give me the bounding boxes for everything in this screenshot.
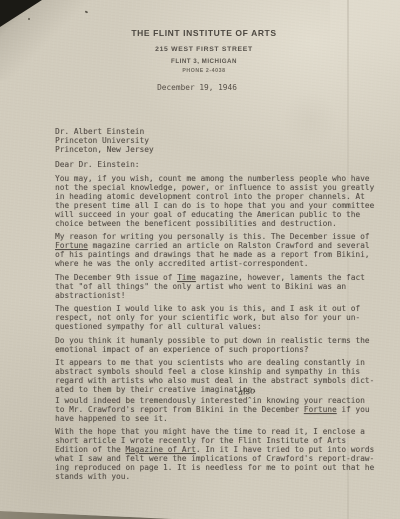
- letter-line: will succeed in your goal of educating t…: [55, 210, 385, 219]
- letter-line: stands with you.: [55, 472, 385, 481]
- date-line: December 19, 1946: [1, 83, 393, 92]
- recipient-line: Princeton, New Jersey: [55, 145, 385, 154]
- letterhead-organization: THE FLINT INSTITUTE OF ARTS: [8, 28, 400, 38]
- letter-line: emotional impact of an experience of suc…: [55, 345, 385, 354]
- letter-line: You may, if you wish, count me among the…: [55, 174, 385, 183]
- paragraph: Do you think it humanly possible to put …: [55, 336, 385, 354]
- ink-speck: [28, 18, 30, 20]
- letter-line: The question I would like to ask you is …: [55, 304, 385, 313]
- letter-line: where he was the only accredited artist-…: [55, 259, 385, 268]
- recipient-line: Dr. Albert Einstein: [55, 127, 385, 136]
- handwritten-word: also: [238, 387, 256, 397]
- letter-line: short article I wrote recently for the F…: [55, 436, 385, 445]
- letter-line: Do you think it humanly possible to put …: [55, 336, 385, 345]
- letterhead: THE FLINT INSTITUTE OF ARTS 215 WEST FIR…: [8, 28, 400, 92]
- letter-line: I would indeed be tremendously intereste…: [55, 396, 385, 405]
- paragraph: With the hope that you might have the ti…: [55, 427, 385, 481]
- letter-line: not the special knowledge, power, or inf…: [55, 183, 385, 192]
- letter-line: abstractionist!: [55, 291, 385, 300]
- letter-line: regard with artists who also must deal i…: [55, 376, 385, 385]
- letter-line: It appears to me that you scientists who…: [55, 358, 385, 367]
- paragraph: The December 9th issue of Time magazine,…: [55, 273, 385, 300]
- letter-line: what I saw and felt were the implication…: [55, 454, 385, 463]
- letter-line: ing reproduced on page 1. It is needless…: [55, 463, 385, 472]
- underlined-text: Magazine of Art: [125, 445, 195, 454]
- letter-line: in heading atomic development control in…: [55, 192, 385, 201]
- underlined-text: Fortune: [55, 241, 88, 250]
- letterhead-city: FLINT 3, MICHIGAN: [8, 58, 400, 65]
- letter-line: the present time all I can do is to hope…: [55, 201, 385, 210]
- letter-line: have happened to see it.: [55, 414, 385, 423]
- caret-mark: ^: [248, 398, 251, 404]
- letterhead-phone: PHONE 2-4038: [8, 68, 400, 74]
- paper: THE FLINT INSTITUTE OF ARTS 215 WEST FIR…: [0, 0, 400, 519]
- letter-line: questioned sympathy for all cultural val…: [55, 322, 385, 331]
- paragraph: I would indeed be tremendously intereste…: [55, 396, 385, 423]
- letter-line: Edition of the Magazine of Art. In it I …: [55, 445, 385, 454]
- letter-line: that "of all things" the only artist who…: [55, 282, 385, 291]
- recipient-line: Princeton University: [55, 136, 385, 145]
- underlined-text: Time: [177, 273, 196, 282]
- letter-line: ated to them by their creative imaginati…: [55, 385, 385, 394]
- recipient-block: Dr. Albert EinsteinPrinceton UniversityP…: [55, 127, 385, 154]
- letter-line: The December 9th issue of Time magazine,…: [55, 273, 385, 282]
- paragraph: It appears to me that you scientists who…: [55, 358, 385, 394]
- salutation: Dear Dr. Einstein:: [55, 160, 385, 169]
- letterhead-address: 215 WEST FIRST STREET: [8, 46, 400, 53]
- letter-line: choice between the beneficent possibilit…: [55, 219, 385, 228]
- letter-line: With the hope that you might have the ti…: [55, 427, 385, 436]
- letter-body: Dr. Albert EinsteinPrinceton UniversityP…: [55, 127, 385, 486]
- letter-line: of his paintings and drawings that he ma…: [55, 250, 385, 259]
- paragraph: The question I would like to ask you is …: [55, 304, 385, 331]
- underlined-text: Fortune: [304, 405, 337, 414]
- letter-line: Fortune magazine carried an article on R…: [55, 241, 385, 250]
- letter-line: My reason for writing you personally is …: [55, 232, 385, 241]
- letter-line: abstract symbols should feel a close kin…: [55, 367, 385, 376]
- paragraph: My reason for writing you personally is …: [55, 232, 385, 268]
- paragraph: You may, if you wish, count me among the…: [55, 174, 385, 228]
- letter-line: respect, not only for your scientific wo…: [55, 313, 385, 322]
- letter-scan: THE FLINT INSTITUTE OF ARTS 215 WEST FIR…: [0, 0, 400, 519]
- letter-line: to Mr. Crawford's report from Bikini in …: [55, 405, 385, 414]
